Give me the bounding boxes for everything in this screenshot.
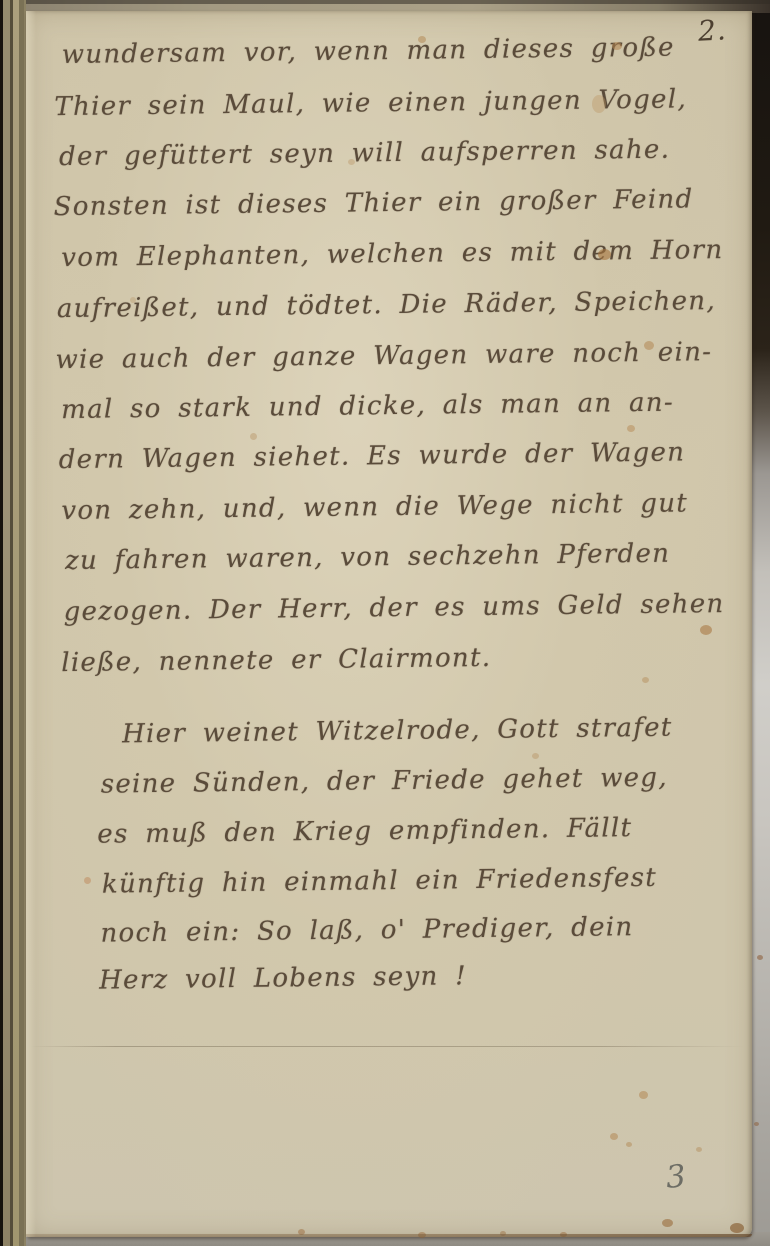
foxing-spot <box>500 1231 506 1236</box>
manuscript-line: aufreißet, und tödtet. Die Räder, Speich… <box>57 286 716 324</box>
manuscript-line: es muß den Krieg empfinden. Fällt <box>97 813 632 850</box>
foxing-spot <box>84 877 91 884</box>
manuscript-line: ließe, nennete er Clairmont. <box>61 643 491 678</box>
manuscript-line: vom Elephanten, welchen es mit dem Horn <box>61 235 724 273</box>
foxing-spot <box>627 425 635 432</box>
manuscript-line: gezogen. Der Herr, der es ums Geld sehen <box>63 589 724 627</box>
manuscript-line: noch ein: So laß, o' Prediger, dein <box>100 912 633 949</box>
foxing-spot <box>532 753 539 759</box>
foxing-spot <box>696 1147 702 1152</box>
crease-line <box>30 1046 744 1047</box>
manuscript-line: wie auch der ganze Wagen ware noch ein- <box>55 337 712 375</box>
manuscript-line: Herz voll Lobens seyn ! <box>99 961 467 995</box>
foxing-spot <box>418 36 426 43</box>
foxing-spot <box>662 1219 673 1227</box>
manuscript-line: Hier weinet Witzelrode, Gott strafet <box>122 713 673 750</box>
manuscript-line: Sonsten ist dieses Thier ein großer Fein… <box>53 184 693 222</box>
manuscript-page: 2. wundersam vor, wenn man dieses große … <box>26 11 752 1237</box>
foxing-spot <box>612 42 622 50</box>
foxing-spot <box>130 297 136 303</box>
foxing-spot <box>644 341 654 350</box>
manuscript-line: von zehn, und, wenn die Wege nicht gut <box>61 488 688 526</box>
foxing-spot <box>610 1133 618 1140</box>
manuscript-line: zu fahren waren, von sechzehn Pferden <box>65 539 671 576</box>
manuscript-line: seine Sünden, der Friede gehet weg, <box>101 763 668 800</box>
foxing-spot <box>348 159 355 165</box>
foxing-spot <box>639 1091 648 1099</box>
foxing-spot <box>592 95 606 113</box>
foxing-spot <box>626 1142 632 1147</box>
foxing-spot <box>700 625 712 635</box>
manuscript-scan: 2. wundersam vor, wenn man dieses große … <box>0 0 770 1246</box>
foxing-spot <box>757 955 763 960</box>
page-number-pencil: 3 <box>664 1158 687 1196</box>
manuscript-line: der gefüttert seyn will aufsperren sahe. <box>59 135 671 172</box>
foxing-spot <box>418 1232 426 1238</box>
foxing-spot <box>298 1229 305 1235</box>
foxing-spot <box>560 1232 567 1237</box>
manuscript-line: wundersam vor, wenn man dieses große <box>62 33 675 70</box>
handwritten-text-block: wundersam vor, wenn man dieses große Thi… <box>25 3 764 1062</box>
foxing-spot <box>250 433 257 440</box>
foxing-spot <box>754 1122 759 1126</box>
manuscript-line: mal so stark und dicke, als man an an- <box>61 388 674 425</box>
foxing-spot <box>642 677 649 683</box>
foxing-spot <box>598 249 611 260</box>
binding-gutter <box>0 0 26 1246</box>
foxing-spot <box>730 1223 744 1233</box>
manuscript-line: künftig hin einmahl ein Friedensfest <box>102 863 657 900</box>
page-stack-edge <box>3 0 10 1246</box>
manuscript-line: dern Wagen siehet. Es wurde der Wagen <box>59 437 686 475</box>
